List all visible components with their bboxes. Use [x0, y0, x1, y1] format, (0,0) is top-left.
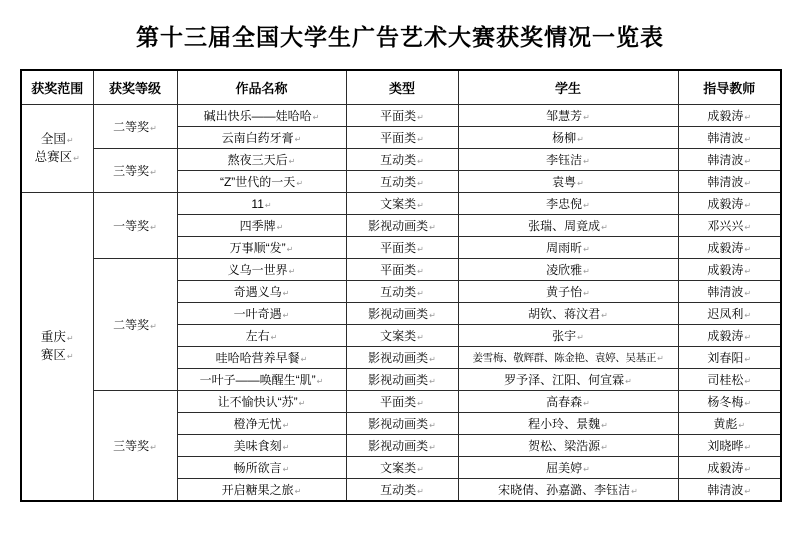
students-cell: 袁粤↵: [458, 171, 678, 193]
page-title: 第十三届全国大学生广告艺术大赛获奖情况一览表: [0, 21, 800, 53]
teacher-cell: 成毅涛↵: [678, 237, 781, 259]
paragraph-mark-icon: ↵: [625, 377, 632, 386]
paragraph-mark-icon: ↵: [295, 135, 302, 144]
paragraph-mark-icon: ↵: [265, 201, 272, 210]
paragraph-mark-icon: ↵: [417, 333, 424, 342]
paragraph-mark-icon: ↵: [744, 465, 751, 474]
table-row: 三等奖↵ 让不愉快认“苏”↵ 平面类↵ 高春森↵ 杨冬梅↵: [21, 391, 781, 413]
paragraph-mark-icon: ↵: [583, 113, 590, 122]
work-cell: 哇哈哈营养早餐↵: [177, 347, 346, 369]
paragraph-mark-icon: ↵: [744, 157, 751, 166]
paragraph-mark-icon: ↵: [301, 355, 308, 364]
students-cell: 凌欣雅↵: [458, 259, 678, 281]
paragraph-mark-icon: ↵: [295, 487, 302, 496]
paragraph-mark-icon: ↵: [744, 377, 751, 386]
paragraph-mark-icon: ↵: [283, 443, 290, 452]
type-cell: 平面类↵: [346, 259, 458, 281]
paragraph-mark-icon: ↵: [744, 355, 751, 364]
students-cell: 张宇↵: [458, 325, 678, 347]
teacher-cell: 杨冬梅↵: [678, 391, 781, 413]
paragraph-mark-icon: ↵: [577, 179, 584, 188]
paragraph-mark-icon: ↵: [744, 179, 751, 188]
paragraph-mark-icon: ↵: [744, 487, 751, 496]
paragraph-mark-icon: ↵: [283, 311, 290, 320]
table-row: 三等奖↵ 熬夜三天后↵ 互动类↵ 李钰洁↵ 韩清波↵: [21, 149, 781, 171]
teacher-cell: 黄彪↵: [678, 413, 781, 435]
paragraph-mark-icon: ↵: [744, 311, 751, 320]
students-cell: 邹慧芳↵: [458, 105, 678, 127]
paragraph-mark-icon: ↵: [67, 334, 74, 343]
paragraph-mark-icon: ↵: [744, 333, 751, 342]
type-cell: 影视动画类↵: [346, 215, 458, 237]
work-cell: 开启糖果之旅↵: [177, 479, 346, 502]
paragraph-mark-icon: ↵: [289, 157, 296, 166]
header-work-name: 作品名称: [177, 70, 346, 105]
header-award-level: 获奖等级: [93, 70, 177, 105]
work-cell: 四季牌↵: [177, 215, 346, 237]
level-cell: 三等奖↵: [93, 149, 177, 193]
students-cell: 宋晓倩、孙嘉潞、李钰洁↵: [458, 479, 678, 502]
paragraph-mark-icon: ↵: [583, 267, 590, 276]
teacher-cell: 韩清波↵: [678, 149, 781, 171]
paragraph-mark-icon: ↵: [296, 179, 303, 188]
paragraph-mark-icon: ↵: [601, 443, 608, 452]
work-cell: 让不愉快认“苏”↵: [177, 391, 346, 413]
paragraph-mark-icon: ↵: [287, 245, 294, 254]
paragraph-mark-icon: ↵: [150, 443, 157, 452]
paragraph-mark-icon: ↵: [150, 322, 157, 331]
paragraph-mark-icon: ↵: [744, 113, 751, 122]
region-cell-national: 全国↵ 总赛区↵: [21, 105, 93, 193]
paragraph-mark-icon: ↵: [417, 135, 424, 144]
students-cell: 屈美婷↵: [458, 457, 678, 479]
region-line: 总赛区↵: [24, 149, 91, 167]
students-cell: 黄子怡↵: [458, 281, 678, 303]
students-cell: 罗予泽、江阳、何宣霖↵: [458, 369, 678, 391]
type-cell: 互动类↵: [346, 479, 458, 502]
teacher-cell: 韩清波↵: [678, 479, 781, 502]
type-cell: 影视动画类↵: [346, 413, 458, 435]
paragraph-mark-icon: ↵: [417, 487, 424, 496]
type-cell: 影视动画类↵: [346, 369, 458, 391]
header-teacher: 指导教师: [678, 70, 781, 105]
teacher-cell: 成毅涛↵: [678, 259, 781, 281]
paragraph-mark-icon: ↵: [150, 223, 157, 232]
region-line: 重庆↵: [24, 329, 91, 347]
paragraph-mark-icon: ↵: [429, 311, 436, 320]
paragraph-mark-icon: ↵: [744, 201, 751, 210]
level-cell: 二等奖↵: [93, 105, 177, 149]
table-row: 全国↵ 总赛区↵ 二等奖↵ 碱出快乐——娃哈哈↵ 平面类↵ 邹慧芳↵ 成毅涛↵: [21, 105, 781, 127]
paragraph-mark-icon: ↵: [317, 377, 324, 386]
type-cell: 平面类↵: [346, 237, 458, 259]
teacher-cell: 成毅涛↵: [678, 193, 781, 215]
paragraph-mark-icon: ↵: [417, 113, 424, 122]
type-cell: 互动类↵: [346, 149, 458, 171]
type-cell: 平面类↵: [346, 105, 458, 127]
paragraph-mark-icon: ↵: [417, 267, 424, 276]
type-cell: 影视动画类↵: [346, 303, 458, 325]
paragraph-mark-icon: ↵: [744, 245, 751, 254]
paragraph-mark-icon: ↵: [429, 377, 436, 386]
paragraph-mark-icon: ↵: [744, 289, 751, 298]
work-cell: 奇遇义乌↵: [177, 281, 346, 303]
region-line: 全国↵: [24, 131, 91, 149]
paragraph-mark-icon: ↵: [67, 136, 74, 145]
table-row: 二等奖↵ 义乌一世界↵ 平面类↵ 凌欣雅↵ 成毅涛↵: [21, 259, 781, 281]
paragraph-mark-icon: ↵: [577, 135, 584, 144]
paragraph-mark-icon: ↵: [429, 355, 436, 364]
teacher-cell: 刘晓晔↵: [678, 435, 781, 457]
paragraph-mark-icon: ↵: [67, 352, 74, 361]
work-cell: 碱出快乐——娃哈哈↵: [177, 105, 346, 127]
paragraph-mark-icon: ↵: [277, 223, 284, 232]
type-cell: 影视动画类↵: [346, 435, 458, 457]
students-cell: 李钰洁↵: [458, 149, 678, 171]
students-cell: 李忠倪↵: [458, 193, 678, 215]
paragraph-mark-icon: ↵: [150, 168, 157, 177]
students-cell: 胡钦、蒋汶君↵: [458, 303, 678, 325]
paragraph-mark-icon: ↵: [583, 289, 590, 298]
teacher-cell: 成毅涛↵: [678, 457, 781, 479]
teacher-cell: 迟凤利↵: [678, 303, 781, 325]
students-cell: 贺松、梁浩源↵: [458, 435, 678, 457]
paragraph-mark-icon: ↵: [313, 113, 320, 122]
paragraph-mark-icon: ↵: [583, 399, 590, 408]
type-cell: 互动类↵: [346, 171, 458, 193]
level-cell: 一等奖↵: [93, 193, 177, 259]
header-award-scope: 获奖范围: [21, 70, 93, 105]
teacher-cell: 司桂松↵: [678, 369, 781, 391]
type-cell: 文案类↵: [346, 193, 458, 215]
header-students: 学生: [458, 70, 678, 105]
paragraph-mark-icon: ↵: [429, 223, 436, 232]
paragraph-mark-icon: ↵: [601, 421, 608, 430]
work-cell: 美味食刻↵: [177, 435, 346, 457]
paragraph-mark-icon: ↵: [744, 399, 751, 408]
paragraph-mark-icon: ↵: [429, 421, 436, 430]
type-cell: 平面类↵: [346, 127, 458, 149]
work-cell: 云南白药牙膏↵: [177, 127, 346, 149]
paragraph-mark-icon: ↵: [601, 223, 608, 232]
teacher-cell: 韩清波↵: [678, 127, 781, 149]
paragraph-mark-icon: ↵: [744, 443, 751, 452]
region-line: 赛区↵: [24, 347, 91, 365]
paragraph-mark-icon: ↵: [657, 354, 663, 363]
work-cell: 畅所欲言↵: [177, 457, 346, 479]
paragraph-mark-icon: ↵: [577, 333, 584, 342]
paragraph-mark-icon: ↵: [299, 399, 306, 408]
paragraph-mark-icon: ↵: [417, 289, 424, 298]
paragraph-mark-icon: ↵: [583, 465, 590, 474]
type-cell: 影视动画类↵: [346, 347, 458, 369]
work-cell: 11↵: [177, 193, 346, 215]
paragraph-mark-icon: ↵: [583, 245, 590, 254]
paragraph-mark-icon: ↵: [583, 201, 590, 210]
type-cell: 平面类↵: [346, 391, 458, 413]
header-row: 获奖范围 获奖等级 作品名称 类型 学生 指导教师: [21, 70, 781, 105]
paragraph-mark-icon: ↵: [417, 201, 424, 210]
paragraph-mark-icon: ↵: [417, 157, 424, 166]
header-type: 类型: [346, 70, 458, 105]
work-cell: 义乌一世界↵: [177, 259, 346, 281]
work-cell: 橙净无忧↵: [177, 413, 346, 435]
paragraph-mark-icon: ↵: [744, 223, 751, 232]
paragraph-mark-icon: ↵: [73, 154, 80, 163]
teacher-cell: 刘春阳↵: [678, 347, 781, 369]
paragraph-mark-icon: ↵: [283, 465, 290, 474]
paragraph-mark-icon: ↵: [271, 333, 278, 342]
teacher-cell: 韩清波↵: [678, 281, 781, 303]
teacher-cell: 成毅涛↵: [678, 105, 781, 127]
students-cell: 姜雪梅、敬辉群、陈金艳、袁婷、吴基正↵: [458, 347, 678, 369]
paragraph-mark-icon: ↵: [583, 157, 590, 166]
paragraph-mark-icon: ↵: [283, 421, 290, 430]
type-cell: 文案类↵: [346, 325, 458, 347]
students-cell: 杨柳↵: [458, 127, 678, 149]
work-cell: 一叶子——唤醒生“肌”↵: [177, 369, 346, 391]
work-cell: 左右↵: [177, 325, 346, 347]
paragraph-mark-icon: ↵: [744, 135, 751, 144]
students-cell: 程小玲、景魏↵: [458, 413, 678, 435]
paragraph-mark-icon: ↵: [417, 179, 424, 188]
paragraph-mark-icon: ↵: [150, 124, 157, 133]
students-cell: 高春森↵: [458, 391, 678, 413]
awards-table: 获奖范围 获奖等级 作品名称 类型 学生 指导教师 全国↵ 总赛区↵ 二等奖↵ …: [20, 69, 782, 502]
teacher-cell: 邓兴兴↵: [678, 215, 781, 237]
students-cell: 周雨昕↵: [458, 237, 678, 259]
paragraph-mark-icon: ↵: [738, 421, 745, 430]
paragraph-mark-icon: ↵: [417, 399, 424, 408]
level-cell: 三等奖↵: [93, 391, 177, 502]
paragraph-mark-icon: ↵: [631, 487, 638, 496]
teacher-cell: 韩清波↵: [678, 171, 781, 193]
type-cell: 互动类↵: [346, 281, 458, 303]
work-cell: 一叶奇遇↵: [177, 303, 346, 325]
students-cell: 张瑞、周竟成↵: [458, 215, 678, 237]
paragraph-mark-icon: ↵: [417, 465, 424, 474]
work-cell: 熬夜三天后↵: [177, 149, 346, 171]
teacher-cell: 成毅涛↵: [678, 325, 781, 347]
paragraph-mark-icon: ↵: [744, 267, 751, 276]
paragraph-mark-icon: ↵: [429, 443, 436, 452]
table-row: 重庆↵ 赛区↵ 一等奖↵ 11↵ 文案类↵ 李忠倪↵ 成毅涛↵: [21, 193, 781, 215]
paragraph-mark-icon: ↵: [289, 267, 296, 276]
region-cell-chongqing: 重庆↵ 赛区↵: [21, 193, 93, 502]
paragraph-mark-icon: ↵: [601, 311, 608, 320]
work-cell: “Z”世代的一天↵: [177, 171, 346, 193]
type-cell: 文案类↵: [346, 457, 458, 479]
paragraph-mark-icon: ↵: [417, 245, 424, 254]
paragraph-mark-icon: ↵: [283, 289, 290, 298]
work-cell: 万事顺“发”↵: [177, 237, 346, 259]
level-cell: 二等奖↵: [93, 259, 177, 391]
